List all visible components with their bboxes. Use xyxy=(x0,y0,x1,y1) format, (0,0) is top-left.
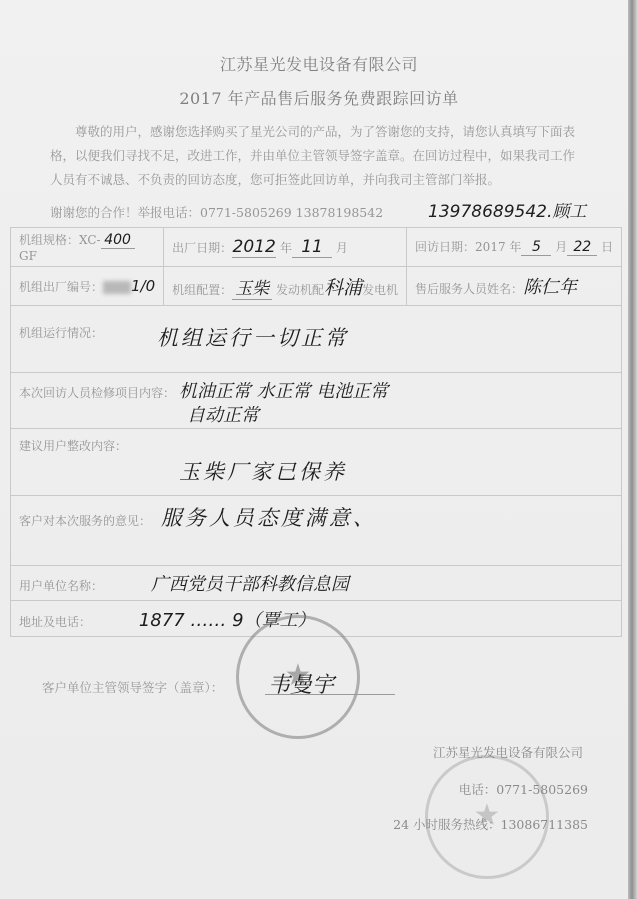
serial-value[interactable]: 1/0 xyxy=(131,277,155,295)
redacted-serial xyxy=(103,281,131,294)
inspection-label: 本次回访人员检修项目内容： xyxy=(19,386,175,400)
spec-value[interactable]: 400 xyxy=(101,232,135,249)
cell-config: 机组配置：玉柴 发动机配科浦发电机 xyxy=(164,267,407,306)
engine-label: 发动机配 xyxy=(276,283,324,297)
visit-month[interactable]: 5 xyxy=(521,239,551,256)
company-value[interactable]: 广西党员干部科教信息园 xyxy=(151,574,349,595)
form-row-feedback: 客户对本次服务的意见： 服务人员态度满意、 xyxy=(11,496,622,566)
form-row-spec-dates: 机组规格：XC-400 GF 出厂日期：2012 年11 月 回访日期：2017… xyxy=(11,228,622,267)
form-row-company: 用户单位名称： 广西党员干部科教信息园 xyxy=(11,566,622,601)
visit-day[interactable]: 22 xyxy=(567,239,597,256)
intro-text: 尊敬的用户，感谢您选择购买了星光公司的产品，为了答谢您的支持，请您认真填写下面表… xyxy=(50,120,580,192)
suggestion-label: 建议用户整改内容： xyxy=(19,439,127,453)
feedback-form-table: 机组规格：XC-400 GF 出厂日期：2012 年11 月 回访日期：2017… xyxy=(10,227,622,637)
visit-day-unit: 日 xyxy=(601,240,613,254)
form-row-inspection: 本次回访人员检修项目内容： 机油正常 水正常 电池正常 自动正常 xyxy=(11,373,622,429)
cell-visit-date: 回访日期：2017 年5 月22 日 xyxy=(407,228,622,267)
form-title: 2017 年产品售后服务免费跟踪回访单 xyxy=(0,86,638,109)
feedback-value[interactable]: 服务人员态度满意、 xyxy=(161,506,377,530)
month-unit: 月 xyxy=(336,241,348,255)
cell-company: 用户单位名称： 广西党员干部科教信息园 xyxy=(11,566,622,601)
cell-factory-date: 出厂日期：2012 年11 月 xyxy=(164,228,407,267)
factory-date-label: 出厂日期： xyxy=(172,241,232,255)
cell-feedback: 客户对本次服务的意见： 服务人员态度满意、 xyxy=(11,496,622,566)
config-label: 机组配置： xyxy=(172,283,232,297)
footer-hotline: 24 小时服务热线：13086711385 xyxy=(393,815,588,833)
cell-inspection: 本次回访人员检修项目内容： 机油正常 水正常 电池正常 自动正常 xyxy=(11,373,622,429)
engine-brand[interactable]: 玉柴 xyxy=(232,274,272,300)
service-person[interactable]: 陈仁年 xyxy=(523,277,577,298)
footer-tel: 电话：0771-5805269 xyxy=(459,780,588,798)
cell-operation: 机组运行情况： 机组运行一切正常 xyxy=(11,306,622,373)
operation-value[interactable]: 机组运行一切正常 xyxy=(157,326,349,350)
spec-label: 机组规格：XC- xyxy=(19,233,101,247)
visit-date-label: 回访日期：2017 年 xyxy=(415,240,521,254)
service-person-label: 售后服务人员姓名： xyxy=(415,282,523,296)
feedback-label: 客户对本次服务的意见： xyxy=(19,514,151,528)
generator-label: 发电机 xyxy=(362,283,398,297)
paper-edge xyxy=(628,0,638,899)
operation-label: 机组运行情况： xyxy=(19,326,103,340)
spec-suffix: GF xyxy=(19,249,37,263)
factory-year[interactable]: 2012 xyxy=(232,237,276,258)
signature-label: 客户单位主管领导签字（盖章）： xyxy=(42,678,223,696)
cell-spec: 机组规格：XC-400 GF xyxy=(11,228,164,267)
form-row-serial-config: 机组出厂编号：1/0 机组配置：玉柴 发动机配科浦发电机 售后服务人员姓名：陈仁… xyxy=(11,267,622,306)
address-label: 地址及电话： xyxy=(19,615,91,629)
serial-label: 机组出厂编号： xyxy=(19,280,103,294)
footer-company: 江苏星光发电设备有限公司 xyxy=(433,743,583,761)
inspection-line1[interactable]: 机油正常 水正常 电池正常 xyxy=(179,381,388,402)
cell-serial: 机组出厂编号：1/0 xyxy=(11,267,164,306)
generator-brand[interactable]: 科浦 xyxy=(324,277,362,299)
company-label: 用户单位名称： xyxy=(19,579,103,593)
form-row-suggestion: 建议用户整改内容： 玉柴厂家已保养 xyxy=(11,429,622,496)
signature-value[interactable]: 韦曼宇 xyxy=(268,668,334,699)
suggestion-value[interactable]: 玉柴厂家已保养 xyxy=(179,456,613,486)
thanks-line: 谢谢您的合作！举报电话：0771-5805269 13878198542 xyxy=(50,203,383,221)
form-row-operation: 机组运行情况： 机组运行一切正常 xyxy=(11,306,622,373)
cell-service-person: 售后服务人员姓名：陈仁年 xyxy=(407,267,622,306)
year-unit: 年 xyxy=(280,241,292,255)
cell-suggestion: 建议用户整改内容： 玉柴厂家已保养 xyxy=(11,429,622,496)
handwritten-contact: 13978689542.顾工 xyxy=(428,197,586,222)
factory-month[interactable]: 11 xyxy=(292,237,332,258)
visit-month-unit: 月 xyxy=(555,240,567,254)
intro-paragraph: 尊敬的用户，感谢您选择购买了星光公司的产品，为了答谢您的支持，请您认真填写下面表… xyxy=(50,120,580,192)
inspection-line2[interactable]: 自动正常 xyxy=(187,401,613,427)
company-title: 江苏星光发电设备有限公司 xyxy=(0,52,638,75)
